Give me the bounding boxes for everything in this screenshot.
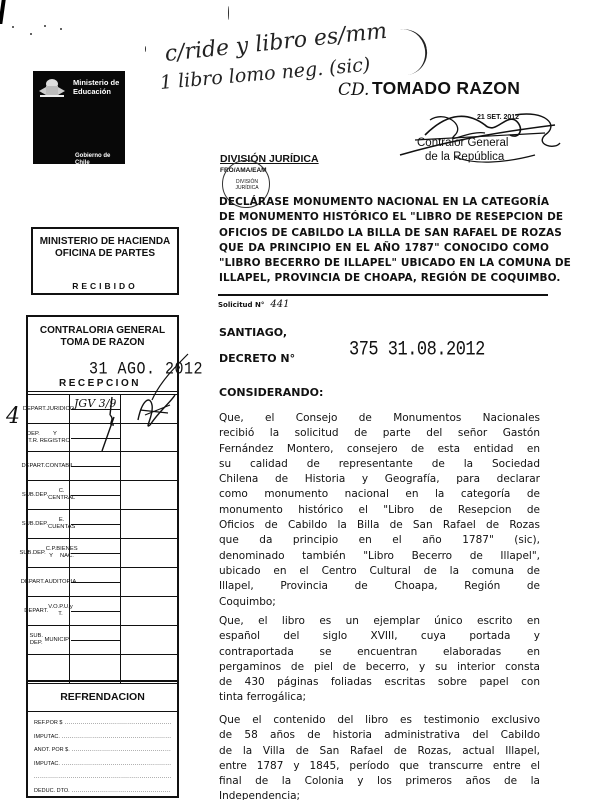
- paragraph-line: Independencia;: [219, 789, 540, 800]
- department-row: SUB.DEP.E. CUENTAS: [28, 510, 177, 539]
- department-signoff-cell: [71, 481, 121, 509]
- department-signoff-cell: [71, 510, 121, 538]
- paragraph-line: Oficios de Cabildo la Billa de San Rafae…: [219, 518, 540, 533]
- paragraph-line: Que el contenido del libro es testimonio…: [219, 713, 540, 728]
- paragraph-line: Fernández Montero, consejero de esta ent…: [219, 442, 540, 457]
- department-label-line: SUB.DEP.: [22, 521, 48, 528]
- department-label: SUB.DEP.E. CUENTAS: [28, 510, 70, 538]
- department-label: SUB. DEP.MUNICIP: [28, 626, 70, 654]
- considerando-paragraph: Que, el Consejo de Monumentos Nacionales…: [219, 411, 540, 610]
- paragraph-line: Coquimbo;: [219, 595, 540, 610]
- contraloria-title-line: TOMA DE RAZON: [28, 337, 177, 349]
- department-label-line: SUB.DEP.: [19, 550, 45, 557]
- refrendacion-line: DEDUC. DTO.: [34, 788, 171, 795]
- refrendacion-title: REFRENDACION: [28, 680, 177, 712]
- tomado-razon-stamp: TOMADO RAZON: [372, 78, 520, 98]
- paragraph-line: final de la Colonia y los primeros años …: [219, 774, 540, 789]
- ministry-name-line: Ministerio de: [73, 78, 119, 87]
- hacienda-stamp-status: RECIBIDO: [33, 281, 177, 291]
- decree-label: DECRETO N°: [219, 353, 295, 365]
- department-label: DEPART.JURIDICO: [28, 395, 70, 423]
- paragraph-line: tinta ferrogálica;: [219, 690, 540, 705]
- refrendacion-line: ANOT. POR $.: [34, 747, 171, 754]
- department-signoff-cell: [71, 655, 121, 683]
- refrendacion-line: REF.POR $: [34, 720, 171, 727]
- paragraph-line: Chilena de Historia y Geografía, para de…: [219, 472, 540, 487]
- scan-speck: [44, 25, 46, 27]
- paragraph-line: de 430 páginas foliadas escritas sobre p…: [219, 675, 540, 690]
- department-label-line: DEPART.: [24, 608, 48, 615]
- paragraph-line: Que, el Consejo de Monumentos Nacionales: [219, 411, 540, 426]
- decree-title-line: QUE DA PRINCIPIO EN EL AÑO 1787" CONOCID…: [219, 241, 549, 256]
- hacienda-received-stamp: MINISTERIO DE HACIENDA OFICINA DE PARTES…: [31, 227, 179, 295]
- ministry-name: Ministerio de Educación: [73, 78, 119, 96]
- department-signoff-cell: [71, 597, 121, 625]
- cell-divider: [71, 524, 120, 525]
- reception-arrow: [150, 352, 190, 406]
- scan-speck: [228, 6, 229, 20]
- paragraph-line: ubicado en el Centro Cultural de la comu…: [219, 564, 540, 579]
- ministry-name-line: Educación: [73, 87, 119, 96]
- cell-divider: [71, 611, 120, 612]
- scan-edge-mark: [0, 0, 6, 24]
- seal-text-line: JURÍDICA: [231, 185, 263, 191]
- refrendacion-line: [34, 774, 171, 781]
- solicitud-number: Solicitud N°441: [218, 300, 289, 310]
- government-label: Gobierno de Chile: [75, 153, 125, 167]
- cell-divider: [71, 495, 120, 496]
- paragraph-line: como monumento nacional en la categoría …: [219, 487, 540, 502]
- hacienda-stamp-title-line: OFICINA DE PARTES: [33, 248, 177, 260]
- contralor-title: Contralor General: [417, 137, 508, 149]
- department-signoff-cell: [71, 626, 121, 654]
- department-signoff-cell: [71, 568, 121, 596]
- decree-title-line: ILLAPEL, PROVINCIA DE CHOAPA, REGIÓN DE …: [219, 271, 549, 286]
- department-label-line: SUB.DEP.: [22, 492, 48, 499]
- handwritten-bracket: [393, 26, 431, 77]
- department-label-line: MUNICIP: [45, 637, 69, 644]
- department-label-line: Y REGISTRO: [40, 431, 70, 445]
- paragraph-line: recibió la solicitud de parte del señor …: [219, 426, 540, 441]
- paragraph-line: denominado también "Libro Becerro de Ill…: [219, 549, 540, 564]
- department-label: SUB.DEP.C.P. YBIENES NAC.: [28, 539, 70, 567]
- title-divider: [218, 294, 548, 296]
- handwritten-arrow-icon: [150, 352, 190, 402]
- chile-coat-of-arms-icon: [37, 77, 67, 99]
- cell-divider: [71, 553, 120, 554]
- cell-divider: [71, 582, 120, 583]
- paragraph-line: de la Villa de San Rafael de Rozas, actu…: [219, 744, 540, 759]
- considerando-paragraph: Que el contenido del libro es testimonio…: [219, 713, 540, 800]
- paragraph-line: español del siglo XVIII, cuya portada y: [219, 629, 540, 644]
- department-label-line: SUB. DEP.: [28, 633, 45, 647]
- department-label: DEPART.V.O.P.U.y T.: [28, 597, 70, 625]
- paragraph-line: entre 1787 y 1845, período que transcurr…: [219, 759, 540, 774]
- solicitud-value: 441: [270, 299, 289, 310]
- department-label-line: DEP. T.R.: [27, 431, 40, 445]
- department-label-line: C.P. Y: [46, 546, 57, 560]
- solicitud-label: Solicitud N°: [218, 301, 264, 309]
- department-label: DEPART.CONTABIL.: [28, 452, 70, 480]
- margin-handwritten-mark: 4: [6, 405, 20, 429]
- decree-title: DECLÁRASE MONUMENTO NACIONAL EN LA CATEG…: [219, 195, 549, 287]
- department-label-line: DEPART.: [21, 579, 45, 586]
- paragraph-line: pergaminos de piel de becerro, y su inte…: [219, 660, 540, 675]
- department-label-line: V.O.P.U.y T.: [48, 604, 73, 618]
- reception-label: RECEPCION: [59, 378, 141, 389]
- decree-number-date: 375 31.08.2012: [349, 339, 485, 362]
- considerando-paragraph: Que, el libro es un ejemplar único escri…: [219, 614, 540, 706]
- department-label: SUB.DEP.C. CENTRAL: [28, 481, 70, 509]
- paragraph-line: monumento histórico el "Libro de Resepci…: [219, 503, 540, 518]
- scan-speck: [30, 33, 32, 35]
- decree-title-line: "LIBRO BECERRO DE ILLAPEL" UBICADO EN LA…: [219, 256, 549, 271]
- department-row: DEPART.AUDITORIA: [28, 568, 177, 597]
- cell-divider: [71, 640, 120, 641]
- paragraph-line: contraportada se encuentran elaboradas e…: [219, 645, 540, 660]
- paragraph-line: Que, el libro es un ejemplar único escri…: [219, 614, 540, 629]
- department-label-line: DEPART.: [23, 406, 47, 413]
- hacienda-stamp-title-line: MINISTERIO DE HACIENDA: [33, 236, 177, 248]
- decree-title-line: DECLÁRASE MONUMENTO NACIONAL EN LA CATEG…: [219, 195, 549, 210]
- considerando-heading: CONSIDERANDO:: [219, 387, 323, 399]
- scan-speck: [12, 26, 14, 28]
- signature-date: 21 SET. 2012: [477, 114, 519, 121]
- ministry-logo: Ministerio de Educación Gobierno de Chil…: [33, 71, 125, 164]
- contralor-title: de la República: [425, 151, 504, 163]
- paragraph-line: Illapel, Provincia de Choapa, Región de: [219, 579, 540, 594]
- department-signoff-cell: [71, 539, 121, 567]
- refrendacion-line: IMPUTAC.: [34, 761, 171, 768]
- santiago-label: SANTIAGO,: [219, 327, 287, 339]
- paragraph-line: que da principio en el año 1787" (sic),: [219, 533, 540, 548]
- scan-speck: [60, 28, 62, 30]
- handwritten-cd: CD.: [338, 80, 369, 100]
- seal-text: DIVISIÓN JURÍDICA: [231, 179, 263, 191]
- paragraph-line: su calidad de representante de la Socied…: [219, 457, 540, 472]
- hacienda-stamp-title: MINISTERIO DE HACIENDA OFICINA DE PARTES: [33, 236, 177, 260]
- department-label: [28, 655, 70, 683]
- cell-divider: [71, 466, 120, 467]
- paragraph-line: de 58 años de historia administrativa de…: [219, 728, 540, 743]
- department-label-line: DEPART.: [21, 463, 45, 470]
- department-row: DEPART.V.O.P.U.y T.: [28, 597, 177, 626]
- juridico-annotation: JGV 3/9: [72, 397, 116, 410]
- refrendacion-line: IMPUTAC.: [34, 734, 171, 741]
- contraloria-title: CONTRALORIA GENERAL TOMA DE RAZON: [28, 325, 177, 349]
- decree-title-line: OFICIOS DE CABILDO LA BILLA DE SAN RAFAE…: [219, 226, 549, 241]
- department-label: DEP. T.R.Y REGISTRO: [28, 424, 70, 451]
- department-label: DEPART.AUDITORIA: [28, 568, 70, 596]
- department-row: SUB.DEP.C. CENTRAL: [28, 481, 177, 510]
- department-row: SUB. DEP.MUNICIP: [28, 626, 177, 655]
- department-row: SUB.DEP.C.P. YBIENES NAC.: [28, 539, 177, 568]
- contraloria-title-line: CONTRALORIA GENERAL: [28, 325, 177, 337]
- decree-title-line: DE MONUMENTO HISTÓRICO EL "LIBRO DE RESE…: [219, 210, 549, 225]
- scan-speck: [145, 46, 146, 52]
